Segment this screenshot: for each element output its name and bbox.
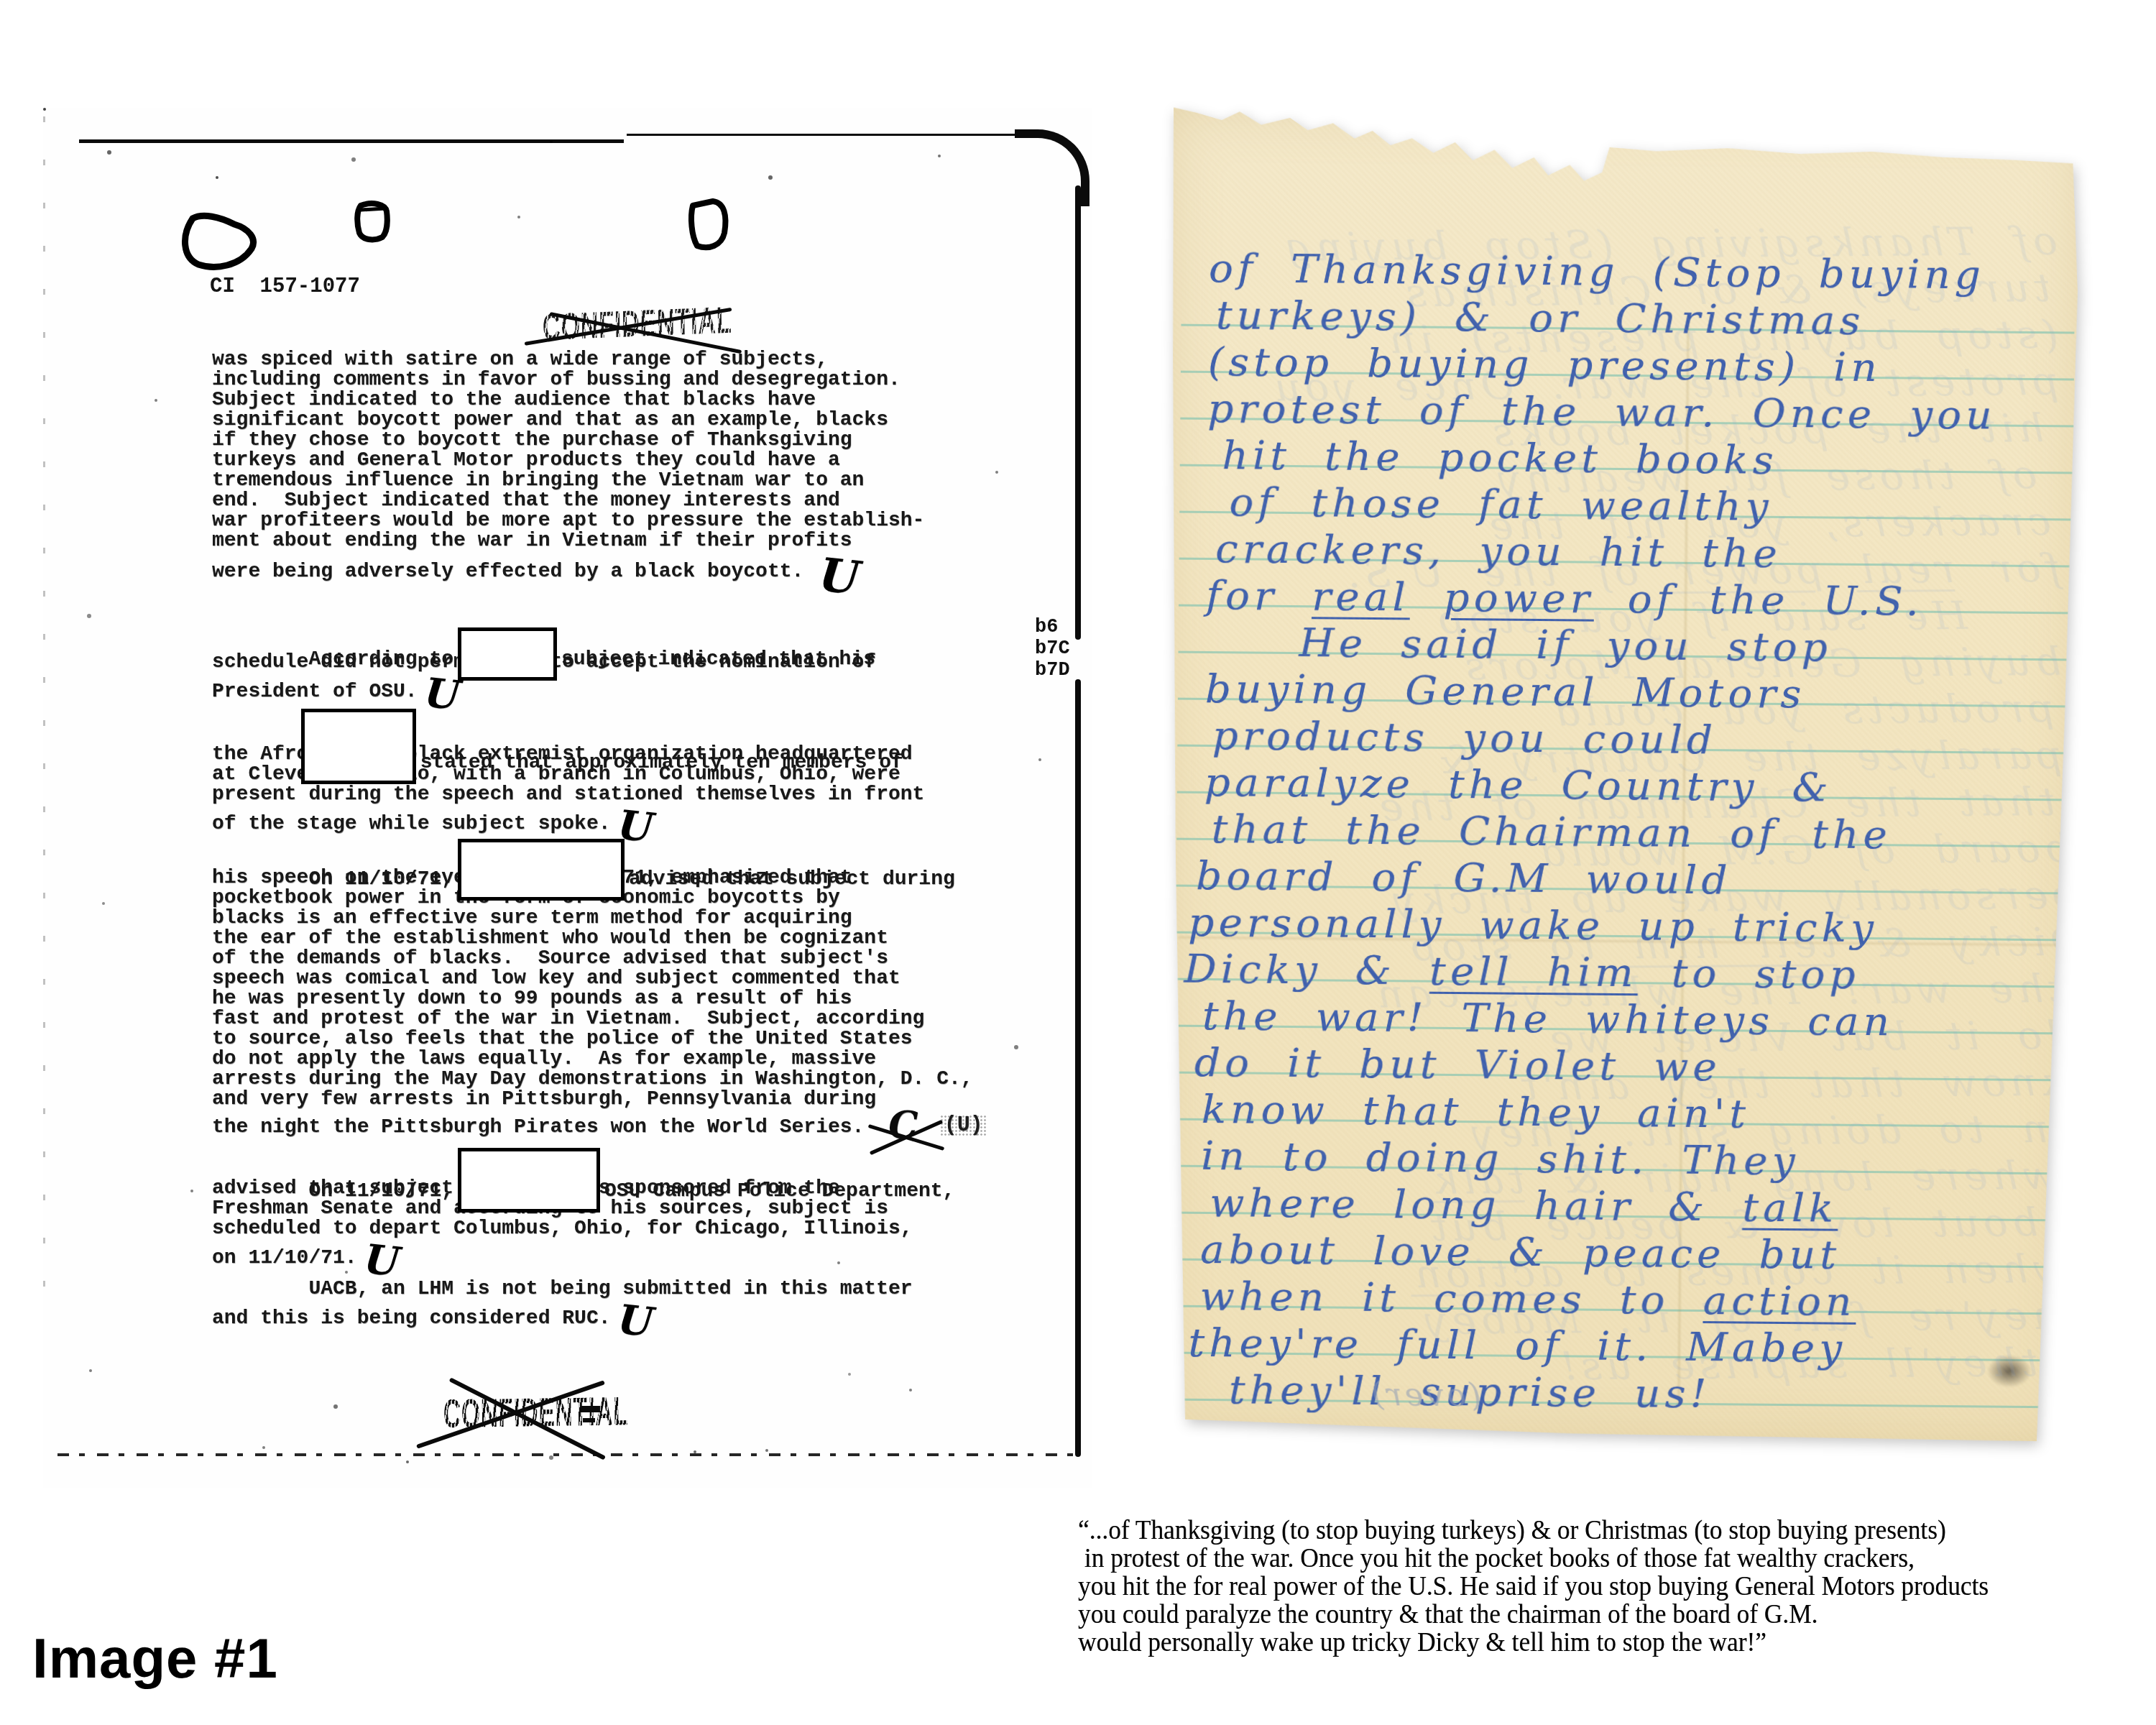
handwriting-line: know that they ain't xyxy=(1202,1086,2091,1141)
handwriting-line: they're full of it. Mabey xyxy=(1188,1320,2089,1374)
handwriting-segment: of those fat wealthy xyxy=(1229,479,1773,530)
typed-line: According tosubject indicated that his xyxy=(212,632,876,653)
caption-line: in protest of the war. Once you hit the … xyxy=(1078,1545,1989,1573)
handwriting-segment: paralyze the Country & xyxy=(1204,760,1833,811)
handwriting-segment: about love & peace but xyxy=(1200,1227,1841,1278)
typed-line: of the demands of blacks. Source advised… xyxy=(212,949,987,969)
handwriting-line: of those fat wealthy xyxy=(1207,479,2096,533)
typed-line: blacks is an effective sure term method … xyxy=(212,908,987,929)
over-note-ghost: (over) xyxy=(1368,1376,1481,1414)
handwriting-line: products you could xyxy=(1204,712,2094,767)
scan-page: { "page": { "label": "Image #1" }, "fbi_… xyxy=(0,0,2156,1725)
typed-line: UACB, an LHM is not being submitted in t… xyxy=(212,1279,913,1299)
typed-line: tremendous influence in bringing the Vie… xyxy=(212,471,924,491)
handwriting-line: they'll suprise us! xyxy=(1199,1366,2088,1421)
handwriting-segment: for xyxy=(1206,573,1312,619)
handwriting-line: of Thanksgiving (Stop buying xyxy=(1209,245,2099,300)
foia-code: b7C xyxy=(1035,638,1070,660)
handwritten-u-mark: U xyxy=(819,565,860,589)
underlined-word: real xyxy=(1312,574,1410,620)
typed-paragraph: stated that approximately ten members of… xyxy=(212,724,924,825)
handwriting-segment: the war! The whiteys can xyxy=(1202,993,1894,1044)
handwriting-segment: they're full of it. Mabey xyxy=(1188,1320,1846,1371)
handwriting-line: do it but Violet we xyxy=(1194,1039,2092,1094)
handwriting-line: personally wake up tricky xyxy=(1188,899,2093,954)
typed-line: turkeys and General Motor products they … xyxy=(212,451,924,471)
caption-line: would personally wake up tricky Dicky & … xyxy=(1078,1629,1989,1657)
typed-line: were being adversely effected by a black… xyxy=(212,551,924,571)
handwriting-line: where long hair & talk xyxy=(1201,1179,2091,1234)
handwriting-segment: of Thanksgiving (Stop buying xyxy=(1209,246,1986,298)
handwriting-segment xyxy=(1410,574,1445,620)
typed-line: the night the Pittsburgh Pirates won the… xyxy=(212,1110,987,1130)
typed-line: arrests during the May Day demonstration… xyxy=(212,1069,987,1090)
handwriting-segment: to stop xyxy=(1638,950,1860,998)
paren-u-stamp: (U) xyxy=(940,1115,987,1136)
typed-line: including comments in favor of bussing a… xyxy=(212,370,924,390)
handwriting-line: buying General Motors xyxy=(1205,666,2095,720)
handwriting-segment: personally wake up tricky xyxy=(1188,900,1878,951)
typed-line: stated that approximately ten members of xyxy=(212,724,924,745)
handwriting-segment: products you could xyxy=(1212,713,1718,763)
typed-line: the ear of the establishment who would t… xyxy=(212,929,987,949)
handwriting-segment: in to doing shit. They xyxy=(1201,1133,1800,1184)
underlined-word: talk xyxy=(1742,1185,1838,1231)
handwriting-segment: buying General Motors xyxy=(1205,666,1806,717)
fbi-document-scan: CI 157-1077 CONFIDENTIAL CONFIDENTIAL wa… xyxy=(43,108,1092,1488)
handwritten-text: of Thanksgiving (Stop buyingturkeys) & o… xyxy=(1199,245,2099,1421)
handwriting-line: protest of the war. Once you xyxy=(1207,385,2097,440)
handwriting-line: that the Chairman of the xyxy=(1204,806,2093,860)
typed-paragraph: According tosubject indicated that hissc… xyxy=(212,632,876,693)
handwriting-segment: of the U.S. xyxy=(1594,576,1924,625)
typed-line: present during the speech and stationed … xyxy=(212,785,924,805)
typed-line: scheduled to depart Columbus, Ohio, for … xyxy=(212,1219,954,1239)
handwriting-segment: Dicky & xyxy=(1184,947,1429,994)
typed-line: war profiteers would be more apt to pres… xyxy=(212,511,924,531)
handwriting-line: board of G.M would xyxy=(1196,852,2093,907)
handwriting-segment: know that they ain't xyxy=(1202,1087,1751,1137)
handwriting-line: the war! The whiteys can xyxy=(1202,993,2092,1047)
typed-paragraph: was spiced with satire on a wide range o… xyxy=(212,350,924,571)
handwriting-segment: (stop buying presents) in xyxy=(1208,339,1881,390)
handwriting-line: turkeys) & or Christmas xyxy=(1208,292,2098,346)
foia-code: b6 xyxy=(1035,617,1070,638)
handwriting-line: hit the pocket books xyxy=(1207,432,2097,487)
caption-line: you hit the for real power of the U.S. H… xyxy=(1078,1573,1989,1601)
figure-label: Image #1 xyxy=(32,1626,278,1691)
underlined-word: action xyxy=(1703,1278,1856,1325)
handwriting-line: paralyze the Country & xyxy=(1204,759,2094,814)
typed-line: of the stage while subject spoke.U xyxy=(212,805,924,825)
torn-notebook-paper: of Thanksgiving (Stop buyingturkeys) & o… xyxy=(1153,102,2088,1450)
caption-line: “...of Thanksgiving (to stop buying turk… xyxy=(1078,1517,1989,1545)
typed-line: fast and protest of the war in Vietnam. … xyxy=(212,1009,987,1029)
handwritten-u-mark: U xyxy=(617,1310,654,1333)
typed-line: On 11/10/71,advised that subject during xyxy=(212,848,987,868)
typed-line: if they chose to boycott the purchase of… xyxy=(212,431,924,451)
handwriting-line: crackers, you hit the xyxy=(1206,525,2096,580)
foia-code: b7D xyxy=(1035,660,1070,681)
typed-line: he was presently down to 99 pounds as a … xyxy=(212,989,987,1009)
letter-scan: of Thanksgiving (Stop buyingturkeys) & o… xyxy=(1153,102,2088,1450)
redaction-box xyxy=(458,839,625,901)
handwriting-line: Dicky & tell him to stop xyxy=(1184,946,2092,1000)
handwriting-line: for real power of the U.S. xyxy=(1206,572,2096,627)
typed-text: was spiced with satire on a wide range o… xyxy=(43,108,1092,1488)
handwritten-u-mark: U xyxy=(617,815,654,839)
typed-line: on 11/10/71.U xyxy=(212,1239,954,1259)
typed-line: end. Subject indicated that the money in… xyxy=(212,491,924,511)
handwriting-segment: do it but Violet we xyxy=(1194,1040,1721,1090)
handwriting-segment: that the Chairman of the xyxy=(1211,806,1892,857)
caption-line: you could paralyze the country & that th… xyxy=(1078,1601,1989,1629)
handwriting-line: about love & peace but xyxy=(1200,1226,2090,1281)
handwriting-segment: protest of the war. Once you xyxy=(1207,386,1996,438)
typed-line: do not apply the laws equally. As for ex… xyxy=(212,1049,987,1069)
typed-paragraph: On 11/10/71,advised that subject duringh… xyxy=(212,848,987,1130)
typed-line: to source, also feels that the police of… xyxy=(212,1029,987,1049)
typed-line: and very few arrests in Pittsburgh, Penn… xyxy=(212,1090,987,1110)
handwriting-line: in to doing shit. They xyxy=(1201,1133,2091,1187)
handwriting-segment: He said if you stop xyxy=(1299,620,1832,670)
handwriting-line: (stop buying presents) in xyxy=(1208,339,2098,393)
typed-line: On 11/10/71,OSU Campus Police Department… xyxy=(212,1159,954,1179)
typed-line: significant boycott power and that as an… xyxy=(212,410,924,431)
caption-transcription: “...of Thanksgiving (to stop buying turk… xyxy=(1078,1517,1989,1657)
handwriting-segment: when it comes to xyxy=(1199,1274,1703,1323)
typed-line: was spiced with satire on a wide range o… xyxy=(212,350,924,370)
foia-exemption-codes: b6b7Cb7D xyxy=(1035,617,1070,681)
typed-line: and this is being considered RUC.U xyxy=(212,1299,913,1320)
underlined-word: tell him xyxy=(1429,949,1638,996)
typed-paragraph: On 11/10/71,OSU Campus Police Department… xyxy=(212,1159,954,1259)
typed-line: speech was comical and low key and subje… xyxy=(212,969,987,989)
handwriting-segment: where long hair & xyxy=(1210,1180,1743,1230)
crossed-out-mark: C xyxy=(888,1115,918,1136)
redaction-box xyxy=(458,1148,600,1213)
handwritten-u-mark: U xyxy=(423,683,461,707)
handwritten-u-mark: U xyxy=(363,1249,400,1273)
handwriting-segment: turkeys) & or Christmas xyxy=(1216,293,1865,344)
handwriting-segment: hit the pocket books xyxy=(1222,433,1778,483)
underlined-word: power xyxy=(1444,575,1595,622)
typed-line: Subject indicated to the audience that b… xyxy=(212,390,924,410)
redaction-box xyxy=(301,709,416,784)
handwriting-line: He said if you stop xyxy=(1205,619,2095,673)
handwriting-segment: crackers, you hit the xyxy=(1215,526,1782,576)
handwriting-segment: board of G.M would xyxy=(1196,853,1732,903)
typed-paragraph: UACB, an LHM is not being submitted in t… xyxy=(212,1279,913,1320)
typed-line: ment about ending the war in Vietnam if … xyxy=(212,531,924,551)
redaction-box xyxy=(458,627,557,681)
handwriting-line: when it comes to action xyxy=(1199,1273,2089,1328)
